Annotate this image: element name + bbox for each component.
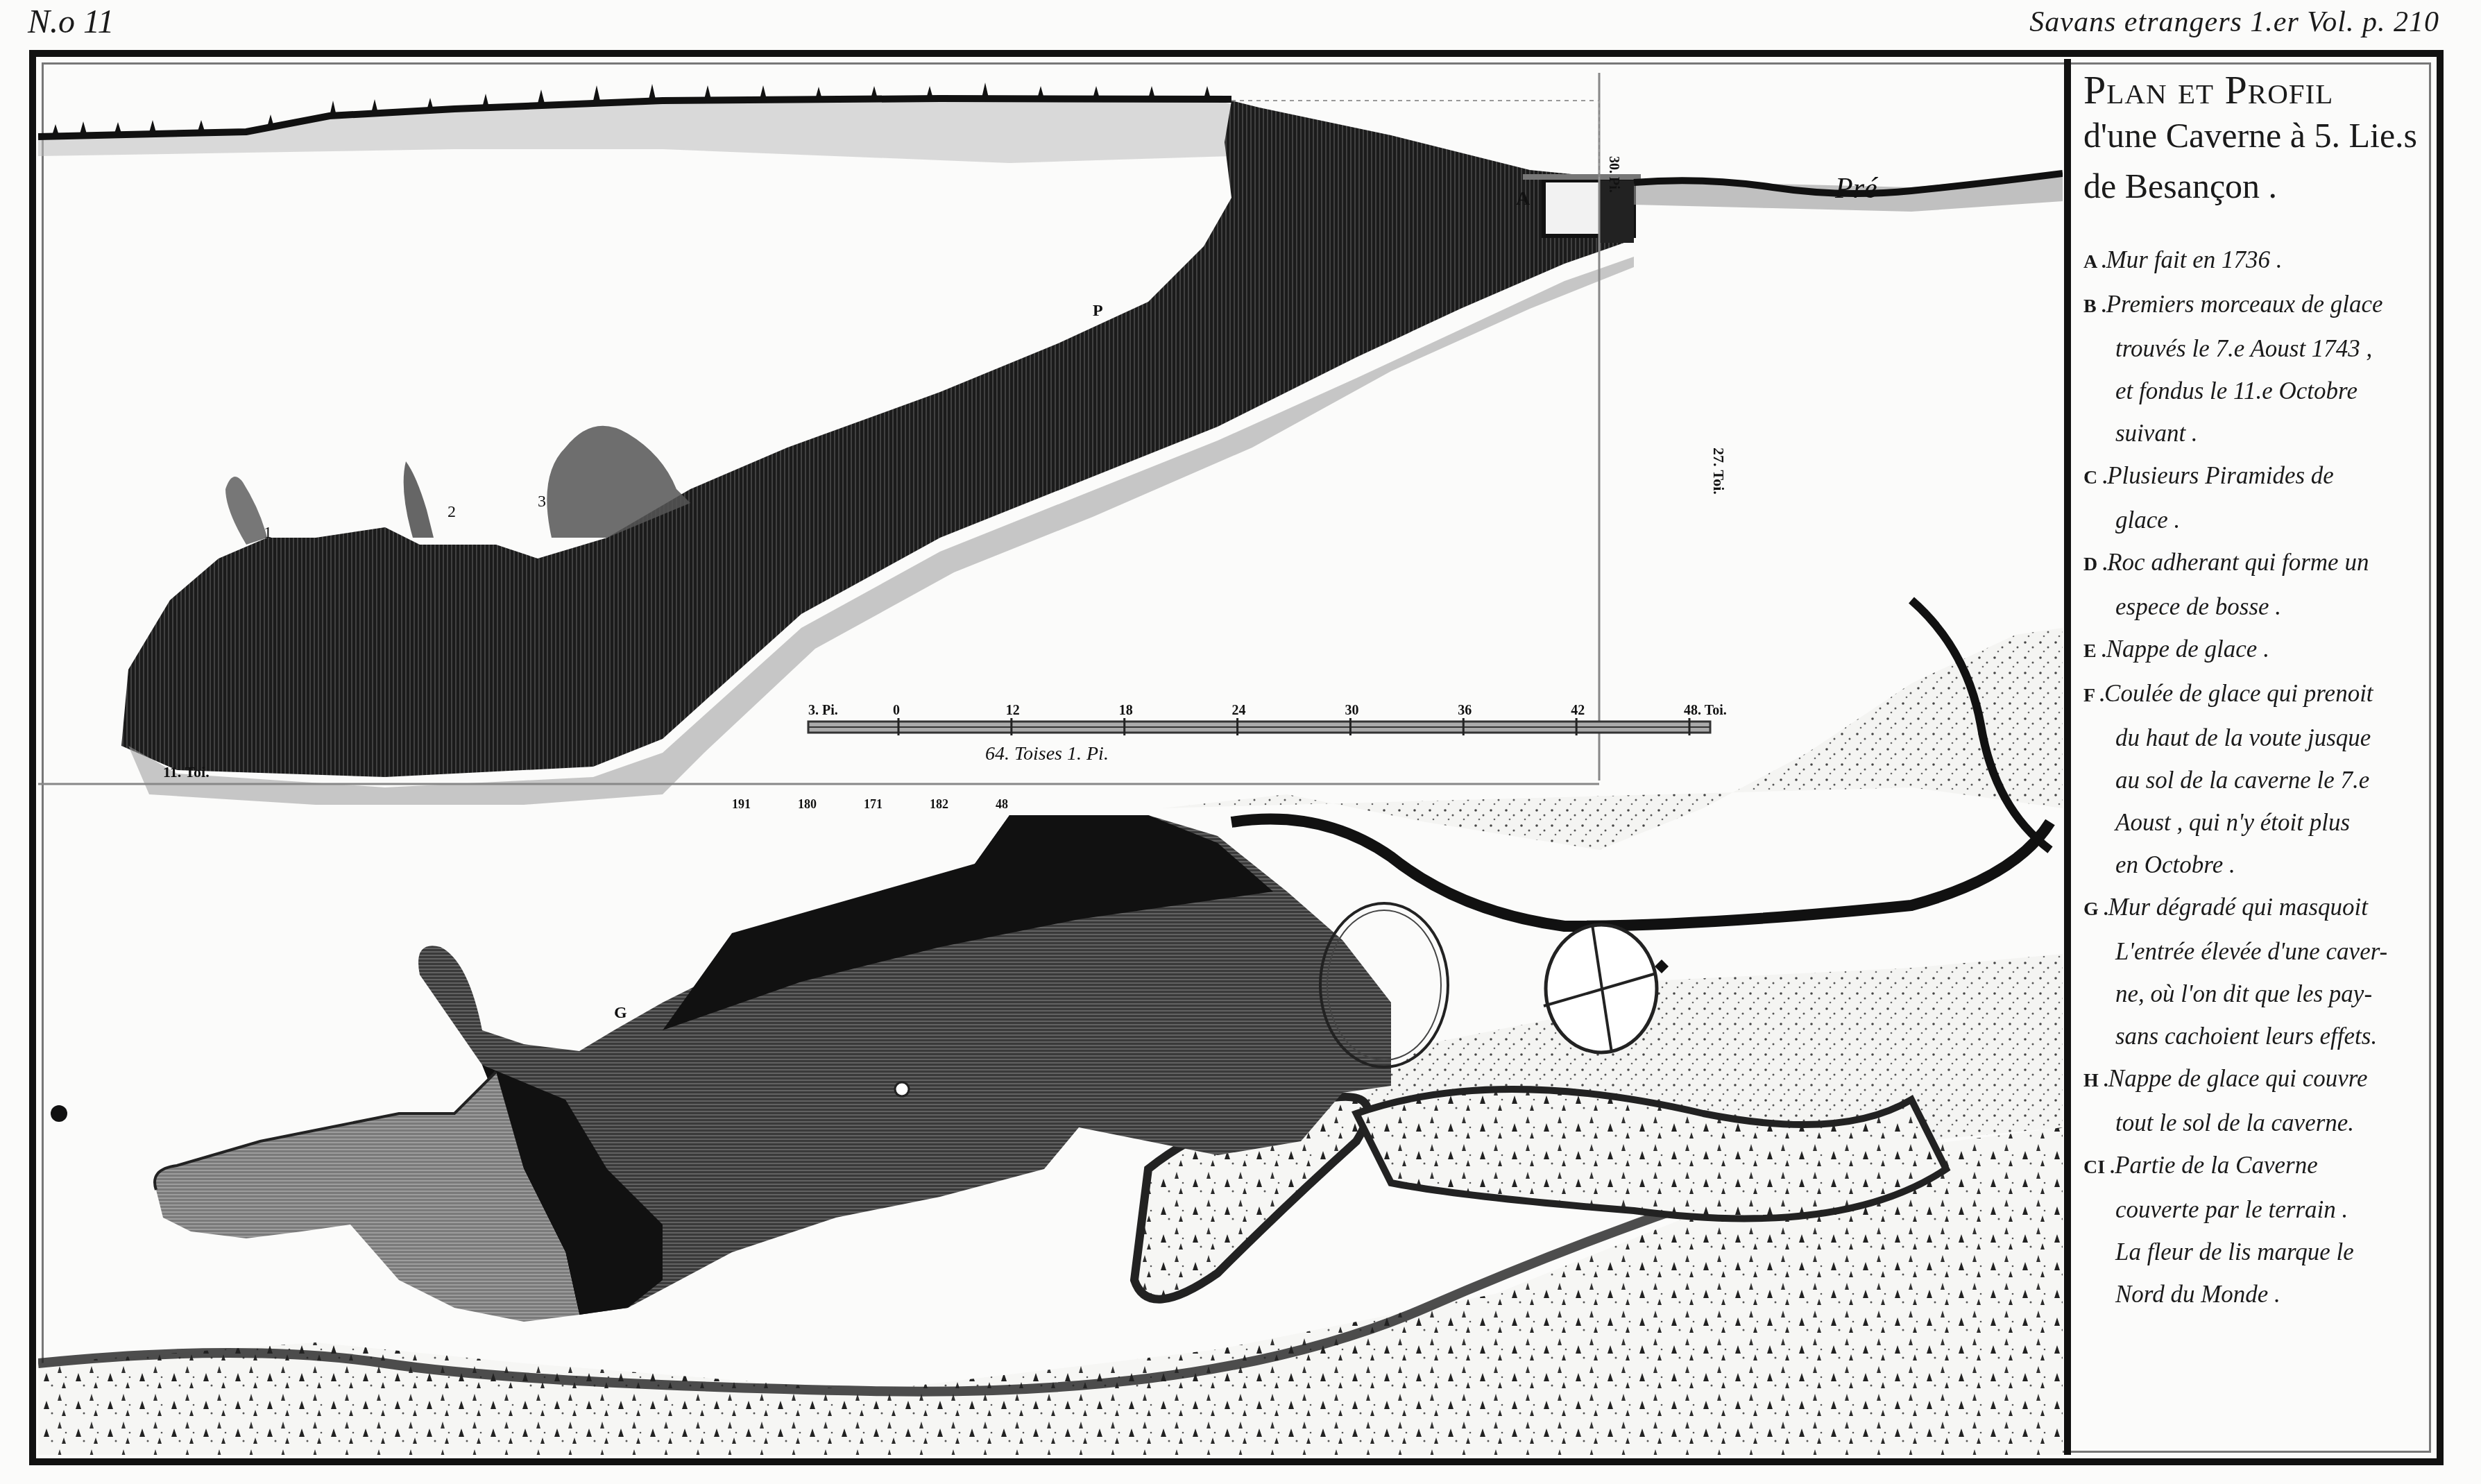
- engraving: A P 1 2 3 Pré 11. Toi. 30. Pi. 27. Toi. …: [38, 59, 2063, 1455]
- svg-text:48. Toi.: 48. Toi.: [1684, 703, 1727, 718]
- svg-text:0: 0: [893, 703, 900, 718]
- legend-item-d: D . Roc adherant qui forme unespece de b…: [2083, 541, 2424, 628]
- svg-text:12: 12: [1006, 703, 1020, 718]
- label-pyramid-3: 3: [538, 493, 546, 511]
- plate-number: N.o 11: [28, 3, 114, 41]
- svg-text:3. Pi.: 3. Pi.: [808, 703, 838, 718]
- legend-panel: Plan et Profil d'une Caverne à 5. Lie.s …: [2064, 59, 2435, 1455]
- legend-item-b: B . Premiers morceaux de glacetrouvés le…: [2083, 283, 2424, 454]
- legend-note-line: Nord du Monde .: [2083, 1273, 2424, 1315]
- legend-key: D .: [2083, 543, 2107, 586]
- legend-key: F .: [2083, 674, 2104, 717]
- svg-text:191: 191: [732, 797, 751, 811]
- ice-pyramid-1: [225, 477, 267, 545]
- svg-text:36: 36: [1458, 703, 1472, 718]
- legend-item-f: F . Coulée de glace qui prenoitdu haut d…: [2083, 672, 2424, 886]
- fleur-de-lis-icon: [1655, 960, 1669, 973]
- legend-note: La fleur de lis marque leNord du Monde .: [2083, 1231, 2424, 1315]
- scale-bar: 3. Pi.012182430364248. Toi. 64. Toises 1…: [808, 703, 1727, 765]
- legend-key: A .: [2083, 241, 2106, 283]
- legend-item-ci: CI . Partie de la Cavernecouverte par le…: [2083, 1144, 2424, 1231]
- legend-item-h: H . Nappe de glace qui couvretout le sol…: [2083, 1057, 2424, 1144]
- legend-title: Plan et Profil: [2083, 70, 2424, 110]
- svg-text:182: 182: [930, 797, 948, 811]
- label-pyramid-2: 2: [447, 503, 456, 521]
- label-g: G: [614, 1004, 627, 1022]
- svg-text:30: 30: [1345, 703, 1358, 718]
- legend-key: B .: [2083, 285, 2106, 327]
- legend-item-g: G . Mur dégradé qui masquoitL'entrée éle…: [2083, 886, 2424, 1057]
- svg-text:42: 42: [1571, 703, 1585, 718]
- legend-key: CI .: [2083, 1146, 2115, 1188]
- cave-profile: [121, 101, 1634, 777]
- legend-key: H .: [2083, 1059, 2108, 1102]
- label-meadow: Pré: [1834, 173, 1879, 205]
- legend-key: G .: [2083, 888, 2108, 930]
- plan-dimensions: 19118017118248: [732, 797, 1008, 811]
- legend-item-a: A . Mur fait en 1736 .: [2083, 239, 2424, 283]
- ice-pyramid-2: [404, 461, 434, 538]
- scale-caption: 64. Toises 1. Pi.: [985, 743, 1109, 765]
- label-p: P: [1093, 302, 1103, 320]
- legend-items: A . Mur fait en 1736 .B . Premiers morce…: [2083, 239, 2424, 1231]
- svg-text:18: 18: [1119, 703, 1133, 718]
- legend-item-e: E . Nappe de glace .: [2083, 628, 2424, 672]
- label-vertical-mark: 27. Toi.: [1710, 447, 1728, 495]
- profile-section: A P 1 2 3 Pré 11. Toi. 30. Pi. 27. Toi. …: [38, 73, 2063, 811]
- svg-text:171: 171: [864, 797, 883, 811]
- label-a: A: [1516, 188, 1531, 210]
- label-height-mark: 30. Pi.: [1606, 156, 1621, 193]
- svg-text:180: 180: [798, 797, 817, 811]
- legend-key: E .: [2083, 630, 2106, 672]
- label-depth-left: 11. Toi.: [163, 763, 210, 781]
- legend-note-line: La fleur de lis marque le: [2083, 1231, 2424, 1273]
- svg-text:48: 48: [996, 797, 1008, 811]
- legend-key: C .: [2083, 457, 2107, 499]
- legend-subtitle: d'une Caverne à 5. Lie.s: [2083, 110, 2424, 161]
- legend-item-c: C . Plusieurs Piramides deglace .: [2083, 454, 2424, 541]
- label-pyramid-1: 1: [264, 524, 272, 542]
- legend-subtitle-location: de Besançon .: [2083, 161, 2424, 212]
- svg-text:24: 24: [1232, 703, 1246, 718]
- publication-reference: Savans etrangers 1.er Vol. p. 210: [2029, 6, 2439, 39]
